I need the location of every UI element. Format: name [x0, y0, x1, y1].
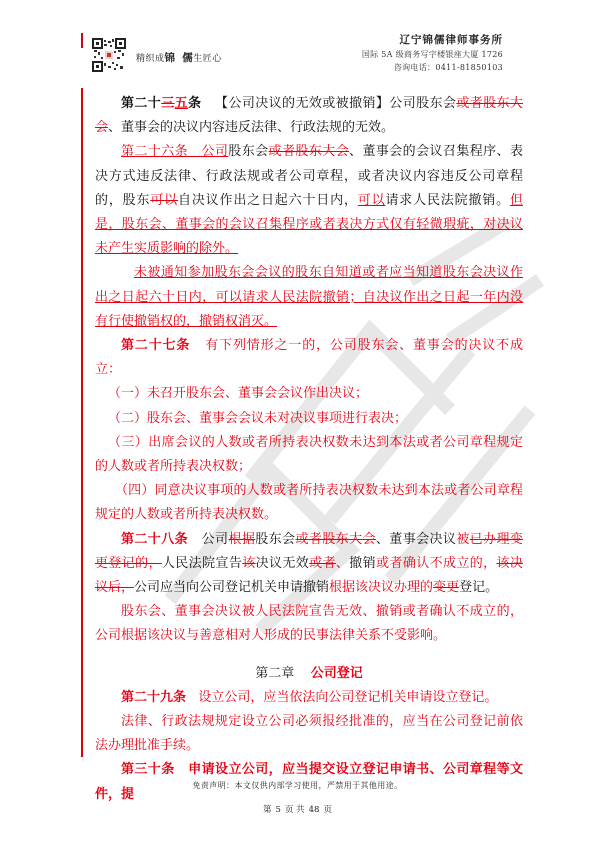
article-27-heading: 第二十七条 — [121, 338, 190, 353]
header-accent-bar — [81, 33, 83, 48]
body-text: 决议无效 — [256, 556, 310, 571]
article-26-para-2: 未被通知参加股东会会议的股东自知道或者应当知道股东会决议作出之日起六十日内，可以… — [95, 261, 523, 334]
firm-phone: 咨询电话：0411-81850103 — [362, 61, 503, 74]
inserted-text: 或者确认不成立的， — [376, 556, 496, 571]
phone-label: 咨询电话： — [394, 63, 436, 72]
deleted-text: 或者股东大会 — [295, 532, 375, 547]
inserted-text: 未被通知参加股东会会议的股东自知道或者应当知道股东会决议作出之日起六十日内，可以… — [95, 265, 523, 328]
article-25: 第二十三五条 【公司决议的无效或被撤销】公司股东会或者股东大会、董事会的决议内容… — [95, 92, 523, 140]
document-page: 精织成锦 儒生匠心 辽宁锦儒律师事务所 国际 5A 级商务写字楼银座大厦 172… — [0, 0, 595, 842]
inserted-text: 根据该决议办理的 — [329, 580, 433, 595]
body-text: 公司 — [202, 532, 229, 547]
slogan-text-2: 生匠心 — [193, 54, 222, 64]
page-prefix: 第 — [263, 805, 272, 815]
article-number-suffix: 条 — [188, 96, 201, 111]
deleted-text: 可以 — [150, 193, 178, 208]
article-28-heading: 第二十八条 — [121, 532, 188, 547]
slogan-bold-jin: 锦 — [165, 52, 176, 64]
article-28: 第二十八条 公司根据股东会或者股东大会、董事会决议被已办理变更登记的，人民法院宣… — [95, 528, 523, 601]
body-text: 公司股东会 — [389, 96, 456, 111]
page-number: 第5页 共48页 — [0, 803, 595, 815]
article-27-item-4: （四）同意决议事项的人数或者所持表决权数未达到本法或者公司章程规定的人数或者所持… — [95, 479, 523, 527]
page-mid: 页 共 — [285, 805, 305, 815]
chapter-title: 公司登记 — [311, 666, 363, 681]
inserted-text: 可以 — [358, 193, 386, 208]
page-total: 48 — [309, 805, 320, 815]
body-text: 设立公司，应当依法向公司登记机关申请设立登记。 — [198, 690, 497, 705]
article-27-item-2: （二）股东会、董事会会议未对决议事项进行表决； — [95, 407, 523, 431]
inserted-text: 、 — [336, 556, 349, 571]
body-text: 股东会 — [255, 532, 295, 547]
body-text: 撤销 — [349, 556, 376, 571]
deleted-text: 变更 — [433, 580, 459, 595]
header-slogan: 精织成锦 儒生匠心 — [136, 50, 222, 65]
article-28-para-2: 股东会、董事会决议被人民法院宣告无效、撤销或者确认不成立的，公司根据该决议与善意… — [95, 600, 523, 648]
body-text: 人民法院宣告 — [162, 556, 242, 571]
inserted-text: 被 — [456, 532, 469, 547]
chapter-label: 第二章 — [255, 666, 294, 681]
article-30-heading: 第三十条 — [121, 762, 175, 777]
article-29: 第二十九条 设立公司，应当依法向公司登记机关申请设立登记。 — [95, 686, 523, 710]
article-29-para-2: 法律、行政法规规定设立公司必须报经批准的，应当在公司登记前依法办理批准手续。 — [95, 710, 523, 758]
page-suffix: 页 — [323, 805, 332, 815]
deleted-text: 三 — [161, 96, 174, 111]
deleted-text: 或者 — [309, 556, 336, 571]
article-title: 【公司决议的无效或被撤销】 — [215, 96, 389, 111]
chapter-2-heading: 第二章 公司登记 — [95, 662, 523, 686]
body-text: 、董事会决议 — [376, 532, 456, 547]
article-25-heading: 第二十三五条 — [121, 96, 201, 111]
article-number-prefix: 第二十 — [121, 96, 161, 111]
body-text: 股东会 — [228, 144, 268, 159]
body-text: 自决议作出之日起六十日内， — [178, 193, 358, 208]
disclaimer: 免责声明：本文仅供内部学习使用，严禁用于其他用途。 — [0, 780, 595, 791]
firm-name: 辽宁锦儒律师事务所 — [362, 33, 503, 48]
inserted-text: 五 — [175, 96, 188, 111]
deleted-text: 根据 — [228, 532, 255, 547]
document-body: 第二十三五条 【公司决议的无效或被撤销】公司股东会或者股东大会、董事会的决议内容… — [95, 92, 523, 807]
firm-info: 辽宁锦儒律师事务所 国际 5A 级商务写字楼银座大厦 1726 咨询电话：041… — [362, 33, 503, 74]
body-text: 、董事会的决议内容违反法律、行政法规的无效。 — [108, 120, 394, 135]
article-26: 第二十六条 公司股东会或者股东大会、董事会的会议召集程序、表决方式违反法律、行政… — [95, 140, 523, 261]
slogan-text: 精织成 — [136, 54, 165, 64]
article-29-heading: 第二十九条 — [121, 690, 186, 705]
body-text: 公司应当向公司登记机关申请撤销 — [134, 580, 329, 595]
phone-number: 0411-81850103 — [435, 63, 503, 72]
article-26-heading: 第二十六条 公司 — [121, 144, 228, 159]
revision-change-bar — [81, 88, 83, 757]
article-27: 第二十七条 有下列情形之一的，公司股东会、董事会的决议不成立： — [95, 334, 523, 382]
deleted-text: 该 — [242, 556, 255, 571]
body-text: 登记。 — [459, 580, 498, 595]
slogan-bold-ru: 儒 — [182, 52, 193, 64]
deleted-text: 或者股东大会 — [269, 144, 349, 159]
qr-code-icon — [92, 38, 126, 72]
article-27-item-3: （三）出席会议的人数或者所持表决权数未达到本法或者公司章程规定的人数或者所持表决… — [95, 431, 523, 479]
article-27-item-1: （一）未召开股东会、董事会会议作出决议； — [95, 382, 523, 406]
page-current: 5 — [276, 805, 281, 815]
firm-address: 国际 5A 级商务写字楼银座大厦 1726 — [362, 48, 503, 61]
body-text: 请求人民法院撤销。 — [385, 193, 509, 208]
